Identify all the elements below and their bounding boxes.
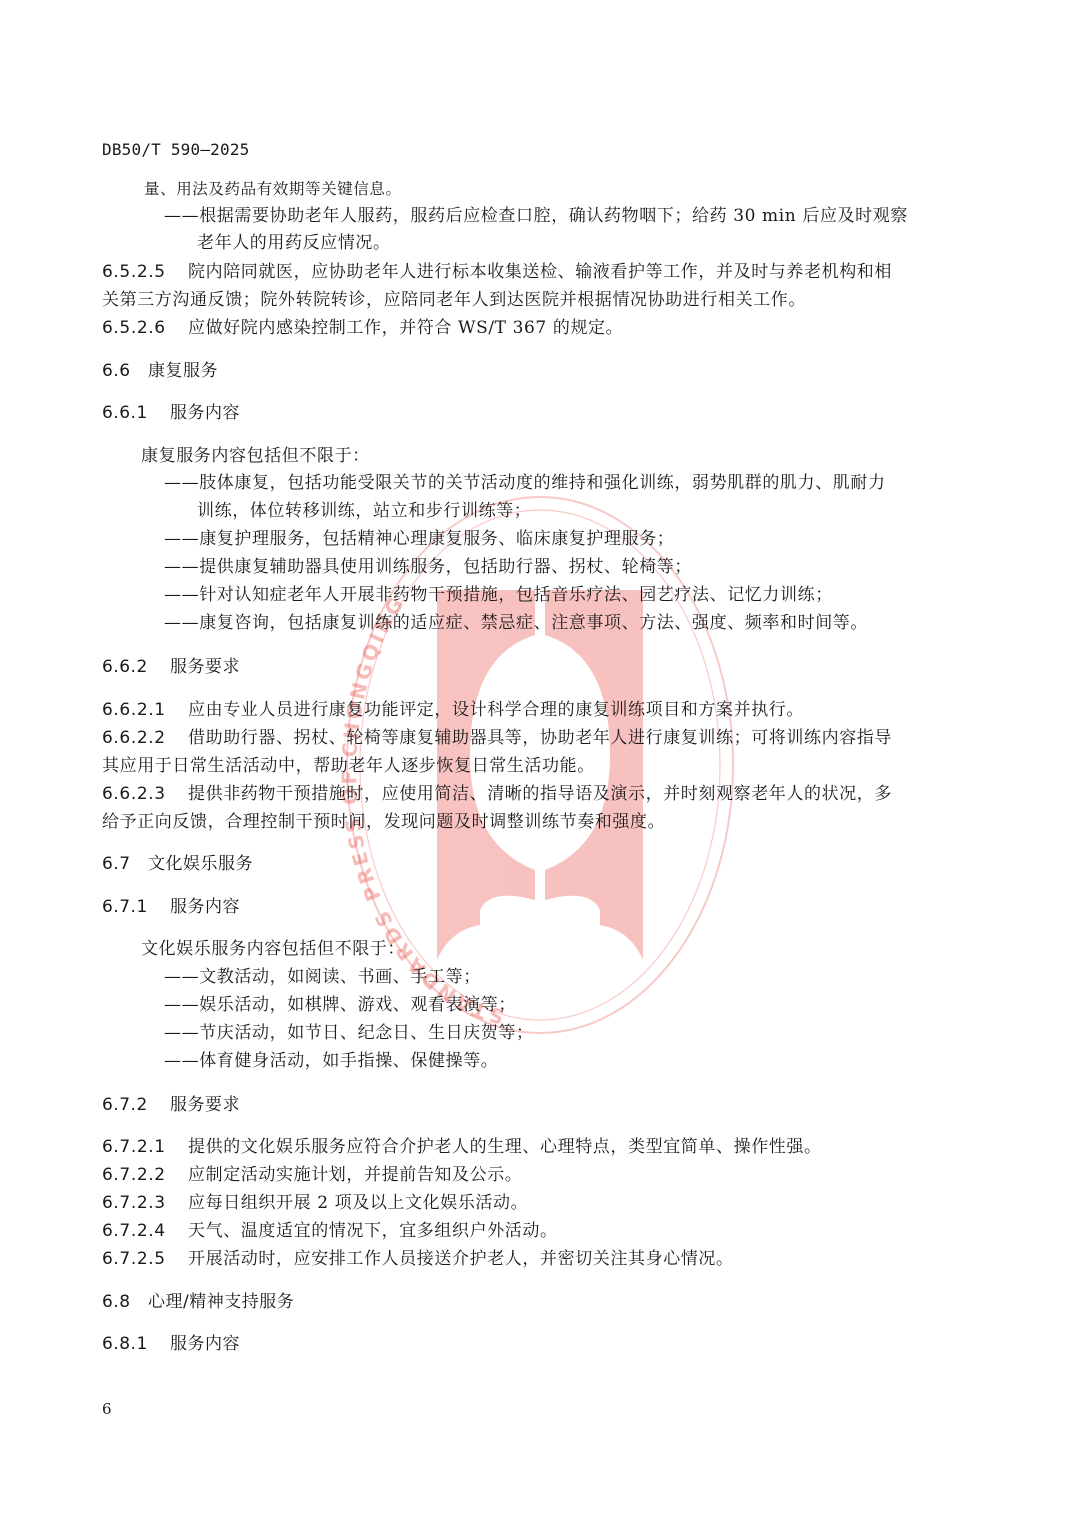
section-heading-6-8: 6.8心理/精神支持服务: [102, 1290, 294, 1314]
clause-6-5-2-5: 6.5.2.5院内陪同就医，应协助老年人进行标本收集送检、输液看护等工作，并及时…: [102, 260, 892, 284]
clause-text: 提供非药物干预措施时，应使用简洁、清晰的指导语及演示，并时刻观察老年人的状况，多: [188, 784, 892, 804]
clause-6-7-2-5: 6.7.2.5开展活动时，应安排工作人员接送介护老人，并密切关注其身心情况。: [102, 1247, 734, 1271]
section-number: 6.6.2: [102, 655, 170, 679]
section-number: 6.7.2: [102, 1093, 170, 1117]
clause-number: 6.6.2.2: [102, 726, 188, 750]
clause-text: 天气、温度适宜的情况下，宜多组织户外活动。: [188, 1221, 558, 1241]
clause-text: 借助助行器、拐杖、轮椅等康复辅助器具等，协助老年人进行康复训练；可将训练内容指导: [188, 728, 892, 748]
clause-text: 应由专业人员进行康复功能评定，设计科学合理的康复训练项目和方案并执行。: [188, 700, 804, 720]
clause-text: 开展活动时，应安排工作人员接送介护老人，并密切关注其身心情况。: [188, 1249, 734, 1269]
clause-number: 6.7.2.4: [102, 1219, 188, 1243]
section-title: 服务内容: [170, 897, 240, 917]
list-item: ——康复护理服务，包括精神心理康复服务、临床康复护理服务；: [164, 527, 674, 551]
section-title: 服务内容: [170, 1334, 240, 1354]
clause-text: 应做好院内感染控制工作，并符合 WS/T 367 的规定。: [188, 318, 623, 338]
section-heading-6-6: 6.6康复服务: [102, 359, 218, 383]
list-item: ——节庆活动，如节日、纪念日、生日庆贺等；: [164, 1021, 534, 1045]
section-number: 6.7.1: [102, 895, 170, 919]
section-number: 6.8: [102, 1290, 148, 1314]
clause-6-6-2-2: 6.6.2.2借助助行器、拐杖、轮椅等康复辅助器具等，协助老年人进行康复训练；可…: [102, 726, 892, 750]
clause-number: 6.7.2.2: [102, 1163, 188, 1187]
section-title: 康复服务: [148, 361, 218, 381]
clause-text: 应制定活动实施计划，并提前告知及公示。: [188, 1165, 522, 1185]
list-item-continuation: 训练，体位转移训练，站立和步行训练等；: [197, 499, 531, 523]
clause-6-7-2-3: 6.7.2.3应每日组织开展 2 项及以上文化娱乐活动。: [102, 1191, 528, 1215]
section-number: 6.7: [102, 852, 148, 876]
section-title: 服务要求: [170, 1095, 240, 1115]
list-item: ——根据需要协助老年人服药，服药后应检查口腔，确认药物咽下；给药 30 min …: [164, 204, 908, 228]
list-intro: 康复服务内容包括但不限于：: [141, 444, 370, 468]
list-item-continuation: 老年人的用药反应情况。: [197, 231, 391, 255]
section-heading-6-7: 6.7文化娱乐服务: [102, 852, 253, 876]
clause-6-7-2-4: 6.7.2.4天气、温度适宜的情况下，宜多组织户外活动。: [102, 1219, 558, 1243]
list-item: ——体育健身活动，如手指操、保健操等。: [164, 1049, 498, 1073]
clause-number: 6.6.2.3: [102, 782, 188, 806]
clause-number: 6.7.2.5: [102, 1247, 188, 1271]
clause-6-7-2-1: 6.7.2.1提供的文化娱乐服务应符合介护老人的生理、心理特点，类型宜简单、操作…: [102, 1135, 822, 1159]
section-title: 心理/精神支持服务: [148, 1292, 294, 1312]
section-title: 服务内容: [170, 403, 240, 423]
page-number: 6: [102, 1400, 112, 1418]
list-item: ——康复咨询，包括康复训练的适应症、禁忌症、注意事项、方法、强度、频率和时间等。: [164, 611, 868, 635]
section-number: 6.8.1: [102, 1332, 170, 1356]
clause-number: 6.6.2.1: [102, 698, 188, 722]
clause-6-6-2-1: 6.6.2.1应由专业人员进行康复功能评定，设计科学合理的康复训练项目和方案并执…: [102, 698, 804, 722]
clause-number: 6.5.2.5: [102, 260, 188, 284]
list-intro: 文化娱乐服务内容包括但不限于：: [141, 937, 405, 961]
clause-text: 应每日组织开展 2 项及以上文化娱乐活动。: [188, 1193, 528, 1213]
section-title: 服务要求: [170, 657, 240, 677]
clause-6-5-2-6: 6.5.2.6应做好院内感染控制工作，并符合 WS/T 367 的规定。: [102, 316, 623, 340]
clause-6-6-2-3: 6.6.2.3提供非药物干预措施时，应使用简洁、清晰的指导语及演示，并时刻观察老…: [102, 782, 892, 806]
list-item: ——肢体康复，包括功能受限关节的关节活动度的维持和强化训练，弱势肌群的肌力、肌耐…: [164, 471, 886, 495]
section-heading-6-6-2: 6.6.2服务要求: [102, 655, 240, 679]
document-id-header: DB50/T 590—2025: [102, 140, 250, 159]
list-item: ——娱乐活动，如棋牌、游戏、观看表演等；: [164, 993, 516, 1017]
clause-continuation: 关第三方沟通反馈；院外转院转诊，应陪同老年人到达医院并根据情况协助进行相关工作。: [102, 288, 806, 312]
list-item: ——针对认知症老年人开展非药物干预措施，包括音乐疗法、园艺疗法、记忆力训练；: [164, 583, 833, 607]
section-title: 文化娱乐服务: [148, 854, 253, 874]
clause-text: 院内陪同就医，应协助老年人进行标本收集送检、输液看护等工作，并及时与养老机构和相: [188, 262, 892, 282]
clause-6-7-2-2: 6.7.2.2应制定活动实施计划，并提前告知及公示。: [102, 1163, 522, 1187]
clause-number: 6.7.2.1: [102, 1135, 188, 1159]
clause-number: 6.5.2.6: [102, 316, 188, 340]
clause-text: 提供的文化娱乐服务应符合介护老人的生理、心理特点，类型宜简单、操作性强。: [188, 1137, 822, 1157]
clause-continuation: 给予正向反馈，合理控制干预时间，发现问题及时调整训练节奏和强度。: [102, 810, 665, 834]
section-heading-6-6-1: 6.6.1服务内容: [102, 401, 240, 425]
clause-number: 6.7.2.3: [102, 1191, 188, 1215]
paragraph-line: 量、用法及药品有效期等关键信息。: [144, 177, 402, 201]
section-heading-6-7-2: 6.7.2服务要求: [102, 1093, 240, 1117]
list-item: ——文教活动，如阅读、书画、手工等；: [164, 965, 481, 989]
section-number: 6.6: [102, 359, 148, 383]
section-number: 6.6.1: [102, 401, 170, 425]
section-heading-6-7-1: 6.7.1服务内容: [102, 895, 240, 919]
clause-continuation: 其应用于日常生活活动中，帮助老年人逐步恢复日常生活功能。: [102, 754, 595, 778]
section-heading-6-8-1: 6.8.1服务内容: [102, 1332, 240, 1356]
list-item: ——提供康复辅助器具使用训练服务，包括助行器、拐杖、轮椅等；: [164, 555, 692, 579]
